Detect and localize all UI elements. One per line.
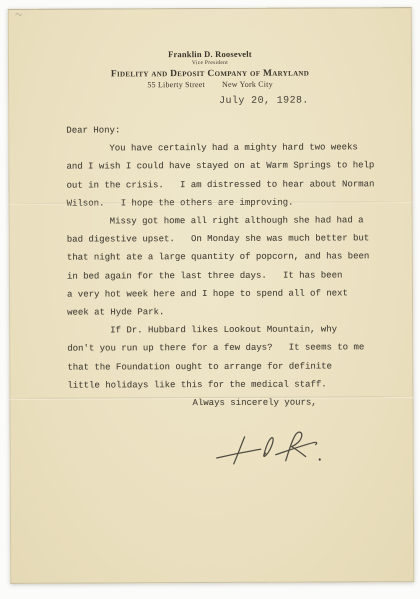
letter-body: Dear Hony:You have certainly had a might… (66, 120, 397, 413)
letter-line: in bed again for the last three days. It… (67, 266, 397, 286)
signature-ink-icon (214, 429, 329, 474)
letter-paper: Franklin D. Roosevelt Vice President Fid… (8, 7, 415, 584)
fdr-signature (214, 429, 329, 474)
letter-line: and I wish I could have stayed on at War… (66, 157, 396, 177)
letter-line: Missy got home all right although she ha… (67, 211, 397, 231)
letter-date: July 20, 1928. (219, 96, 309, 107)
letter-line: You have certainly had a mighty hard two… (66, 138, 396, 158)
letterhead-street: 55 Liberty Street (147, 80, 205, 89)
letter-line: Dear Hony: (66, 120, 396, 140)
pencil-mark (15, 11, 24, 17)
letterhead-address: 55 Liberty StreetNew York City (8, 79, 412, 90)
letter-line: a very hot week here and I hope to spend… (67, 284, 397, 304)
letter-line: bad digestive upset. On Monday she was m… (67, 229, 397, 249)
letter-line: don't you run up there for a few days? I… (67, 339, 397, 359)
letter-line: that night ate a large quantity of popco… (67, 248, 397, 268)
letterhead-city: New York City (222, 80, 273, 89)
letter-line: little holidays like this for the medica… (67, 375, 397, 395)
scanned-letter-photo: Franklin D. Roosevelt Vice President Fid… (0, 0, 420, 599)
letter-line: out in the crisis. I am distressed to he… (66, 175, 396, 195)
letter-line: week at Hyde Park. (67, 302, 397, 322)
letterhead-name: Franklin D. Roosevelt (8, 48, 412, 60)
letterhead-title: Vice President (8, 59, 412, 68)
letter-line: that the Foundation ought to arrange for… (67, 357, 397, 377)
letter-line: If Dr. Hubbard likes Lookout Mountain, w… (67, 320, 397, 340)
